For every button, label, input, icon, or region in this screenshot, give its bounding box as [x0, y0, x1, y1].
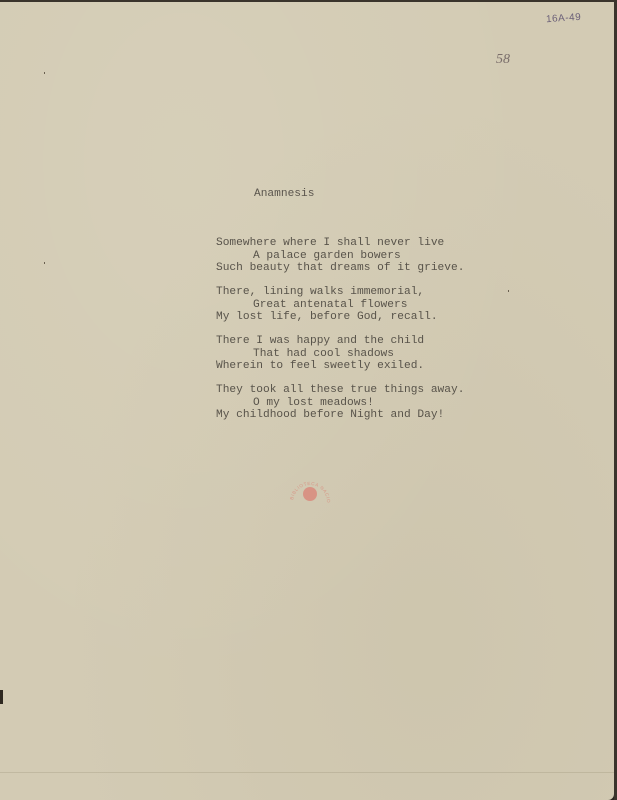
poem-line-indented: That had cool shadows [216, 348, 424, 361]
poem-line-indented: A palace garden bowers [216, 250, 464, 263]
paper-speck [508, 290, 509, 292]
poem-line-indented: O my lost meadows! [216, 397, 464, 410]
paper-edge-notch [0, 690, 3, 704]
stamp-seal-icon [303, 487, 317, 501]
paper-speck [44, 262, 45, 264]
poem-line: Somewhere where I shall never live [216, 237, 464, 250]
poem-line-indented: Great antenatal flowers [216, 299, 438, 312]
stanza-3: There I was happy and the child That had… [216, 335, 424, 373]
archive-id-annotation: 16A-49 [546, 12, 582, 25]
poem-line: Such beauty that dreams of it grieve. [216, 262, 464, 275]
poem-line: Wherein to feel sweetly exiled. [216, 360, 424, 373]
poem-line: My childhood before Night and Day! [216, 409, 464, 422]
poem-line: There I was happy and the child [216, 335, 424, 348]
stanza-4: They took all these true things away. O … [216, 384, 464, 422]
library-stamp: BIBLIOTECA NACIONAL [285, 472, 335, 512]
poem-line: There, lining walks immemorial, [216, 286, 438, 299]
paper-speck [44, 72, 45, 74]
stanza-1: Somewhere where I shall never live A pal… [216, 237, 464, 275]
handwritten-page-number: 58 [496, 52, 510, 68]
typescript-page: 16A-49 58 Anamnesis Somewhere where I sh… [0, 2, 614, 800]
poem-line: They took all these true things away. [216, 384, 464, 397]
stanza-2: There, lining walks immemorial, Great an… [216, 286, 438, 324]
poem-line: My lost life, before God, recall. [216, 311, 438, 324]
paper-fold-line [0, 772, 614, 773]
poem-title: Anamnesis [254, 188, 314, 200]
